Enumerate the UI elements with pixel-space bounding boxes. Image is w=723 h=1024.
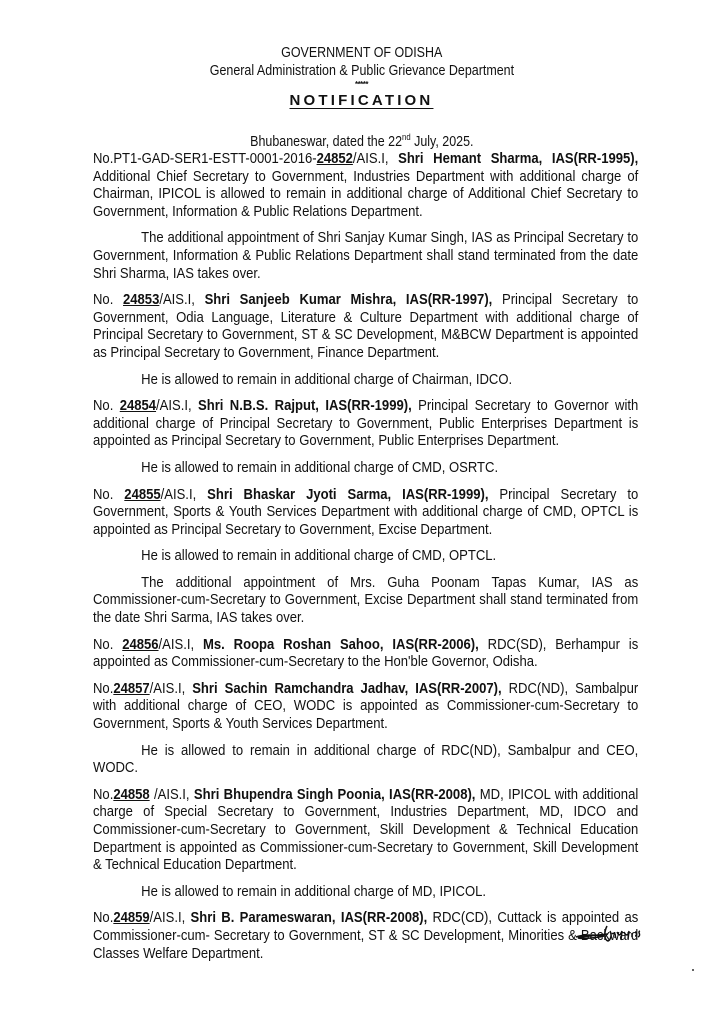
- officer-name: Shri N.B.S. Rajput, IAS(RR-1999),: [198, 397, 412, 414]
- department-heading: General Administration & Public Grievanc…: [0, 63, 723, 79]
- officer-name: Shri Bhaskar Jyoti Sarma, IAS(RR-1999),: [207, 486, 488, 503]
- order-prefix: No.PT1-GAD-SER1-ESTT-0001-2016-: [93, 150, 317, 167]
- officer-name: Shri B. Parameswaran, IAS(RR-2008),: [191, 909, 428, 926]
- order-number: 24858: [113, 786, 149, 803]
- department-heading-text: General Administration & Public Grievanc…: [209, 63, 513, 79]
- date-suffix: July, 2025.: [410, 134, 473, 150]
- officer-name: Shri Sanjeeb Kumar Mishra, IAS(RR-1997),: [205, 291, 493, 308]
- order-prefix: No.: [93, 636, 122, 653]
- order-number: 24852: [317, 150, 353, 167]
- officer-name: Shri Bhupendra Singh Poonia, IAS(RR-2008…: [194, 786, 476, 803]
- order-reference: /AIS.I,: [159, 291, 204, 308]
- note-paragraph: He is allowed to remain in additional ch…: [93, 371, 638, 389]
- order-text: Additional Chief Secretary to Government…: [93, 168, 638, 220]
- order-number: 24856: [122, 636, 158, 653]
- notification-title: NOTIFICATION: [0, 92, 723, 109]
- order-reference: /AIS.I,: [150, 680, 193, 697]
- order-prefix: No.: [93, 486, 124, 503]
- order-number: 24855: [124, 486, 160, 503]
- order-paragraph: No.24858 /AIS.I, Shri Bhupendra Singh Po…: [93, 786, 638, 874]
- note-paragraph: The additional appointment of Mrs. Guha …: [93, 574, 638, 627]
- date-prefix: Bhubaneswar, dated the 22: [250, 134, 402, 150]
- order-paragraph: No. 24855/AIS.I, Shri Bhaskar Jyoti Sarm…: [93, 486, 638, 539]
- date-superscript: nd: [402, 132, 411, 142]
- note-paragraph: He is allowed to remain in additional ch…: [93, 742, 638, 777]
- officer-name: Ms. Roopa Roshan Sahoo, IAS(RR-2006),: [203, 636, 479, 653]
- order-paragraph: No.24857/AIS.I, Shri Sachin Ramchandra J…: [93, 680, 638, 733]
- order-prefix: No.: [93, 786, 113, 803]
- order-paragraph: No. 24856/AIS.I, Ms. Roopa Roshan Sahoo,…: [93, 636, 638, 671]
- order-reference: /AIS.I,: [150, 909, 191, 926]
- order-prefix: No.: [93, 680, 113, 697]
- notification-body: No.PT1-GAD-SER1-ESTT-0001-2016-24852/AIS…: [93, 150, 638, 971]
- note-paragraph: He is allowed to remain in additional ch…: [93, 459, 638, 477]
- separator-stars: *****: [0, 80, 723, 89]
- order-reference: /AIS.I,: [150, 786, 194, 803]
- order-prefix: No.: [93, 291, 123, 308]
- order-number: 24859: [113, 909, 149, 926]
- order-prefix: No.: [93, 909, 113, 926]
- order-number: 24853: [123, 291, 159, 308]
- note-paragraph: He is allowed to remain in additional ch…: [93, 547, 638, 565]
- order-number: 24854: [120, 397, 156, 414]
- order-paragraph: No. 24854/AIS.I, Shri N.B.S. Rajput, IAS…: [93, 397, 638, 450]
- notification-page: GOVERNMENT OF ODISHA General Administrat…: [0, 0, 723, 1024]
- note-paragraph: He is allowed to remain in additional ch…: [93, 883, 638, 901]
- order-paragraph: No.PT1-GAD-SER1-ESTT-0001-2016-24852/AIS…: [93, 150, 638, 220]
- order-number: 24857: [113, 680, 149, 697]
- order-prefix: No.: [93, 397, 120, 414]
- order-reference: /AIS.I,: [161, 486, 208, 503]
- officer-name: Shri Hemant Sharma, IAS(RR-1995),: [398, 150, 638, 167]
- order-paragraph: No. 24853/AIS.I, Shri Sanjeeb Kumar Mish…: [93, 291, 638, 361]
- order-reference: /AIS.I,: [353, 150, 398, 167]
- government-heading: GOVERNMENT OF ODISHA: [0, 45, 723, 61]
- order-reference: /AIS.I,: [159, 636, 203, 653]
- scan-speck: [692, 969, 694, 971]
- note-paragraph: The additional appointment of Shri Sanja…: [93, 229, 638, 282]
- date-line: Bhubaneswar, dated the 22nd July, 2025.: [250, 132, 473, 150]
- notification-date: Bhubaneswar, dated the 22nd July, 2025.: [0, 132, 723, 150]
- handwritten-signature-icon: [574, 922, 654, 946]
- government-heading-text: GOVERNMENT OF ODISHA: [281, 45, 442, 61]
- order-paragraph: No.24859/AIS.I, Shri B. Parameswaran, IA…: [93, 909, 638, 962]
- officer-name: Shri Sachin Ramchandra Jadhav, IAS(RR-20…: [192, 680, 501, 697]
- order-reference: /AIS.I,: [156, 397, 198, 414]
